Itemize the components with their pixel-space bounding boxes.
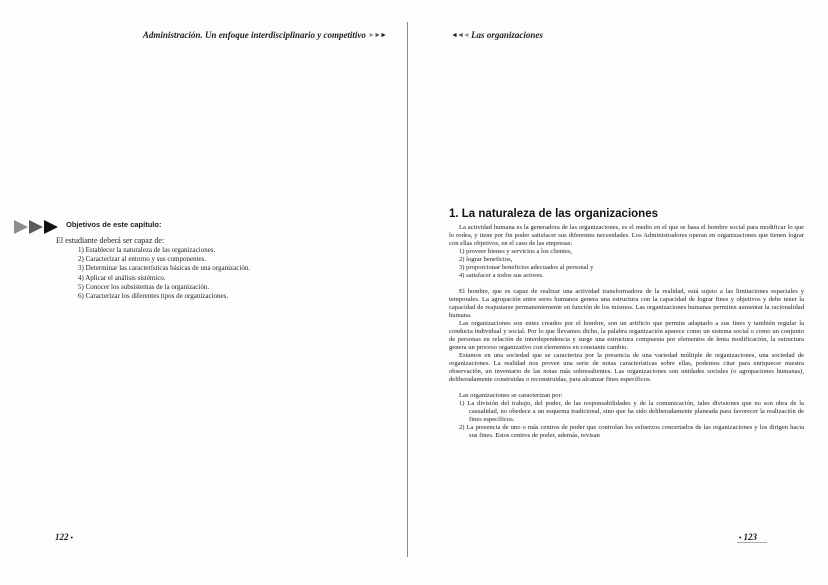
right-page: ◄◄◄ Las organizaciones 1. La naturaleza … (409, 0, 828, 585)
chapter-running-title: Las organizaciones (471, 30, 543, 40)
objectives-intro: El estudiante deberá ser capaz de: (56, 236, 356, 245)
list-item: 2) lograr beneficios, (459, 256, 804, 264)
chapter-objectives: Objetivos de este capítulo: El estudiant… (56, 216, 356, 301)
objective-item: 2) Caracterizar al entorno y sus compone… (78, 255, 356, 264)
objective-item: 3) Determinar las características básica… (78, 264, 356, 273)
paragraph: Estamos en una sociedad que se caracteri… (449, 352, 804, 384)
paragraph: El hombre, que es capaz de realizar una … (449, 288, 804, 320)
list-item: 3) proporcionar beneficios adecuados al … (459, 264, 804, 272)
paragraph: La actividad humana es la generadora de … (449, 224, 804, 248)
objective-item: 1) Establecer la naturaleza de las organ… (78, 246, 356, 255)
page-number-left: 122• (55, 532, 75, 542)
list-item: 4) satisfacer a todos sus actores. (459, 272, 804, 280)
arrow-right-icon: ►►► (368, 31, 386, 39)
list-item: 2) La presencia de uno o más centros de … (459, 424, 804, 440)
right-running-head: ◄◄◄ Las organizaciones (451, 30, 543, 40)
goals-list: 1) proveer bienes y servicios a los clie… (449, 248, 804, 280)
list-item: 1) La división del trabajo, del poder, d… (459, 400, 804, 424)
list-item: 1) proveer bienes y servicios a los clie… (459, 248, 804, 256)
objectives-title: Objetivos de este capítulo: (66, 216, 356, 229)
paragraph: Las organizaciones son entes creados por… (449, 320, 804, 352)
arrow-left-icon: ◄◄◄ (451, 31, 469, 39)
left-running-head: Administración. Un enfoque interdiscipli… (143, 30, 386, 40)
characteristics-list: 1) La división del trabajo, del poder, d… (449, 400, 804, 440)
bullet-icon: • (71, 534, 73, 542)
objective-item: 6) Caracterizar los diferentes tipos de … (78, 292, 356, 301)
book-title: Administración. Un enfoque interdiscipli… (143, 30, 366, 40)
chapter-section: 1. La naturaleza de las organizaciones L… (449, 208, 804, 440)
section-heading: 1. La naturaleza de las organizaciones (449, 208, 804, 220)
objective-item: 5) Conocer los subsistemas de la organiz… (78, 283, 356, 292)
page-number: 122 (55, 532, 69, 542)
page-number: 123 (743, 532, 757, 542)
objectives-list: 1) Establecer la naturaleza de las organ… (56, 246, 356, 301)
page-gutter-divider (407, 22, 408, 557)
paragraph: Las organizaciones se caracterizan por: (449, 392, 804, 400)
objective-item: 4) Aplicar el análisis sistémico. (78, 274, 356, 283)
left-page: Administración. Un enfoque interdiscipli… (0, 0, 408, 585)
page-number-right: •123 (737, 532, 767, 543)
bullet-icon: • (739, 534, 741, 542)
triple-arrow-icon (14, 220, 58, 234)
